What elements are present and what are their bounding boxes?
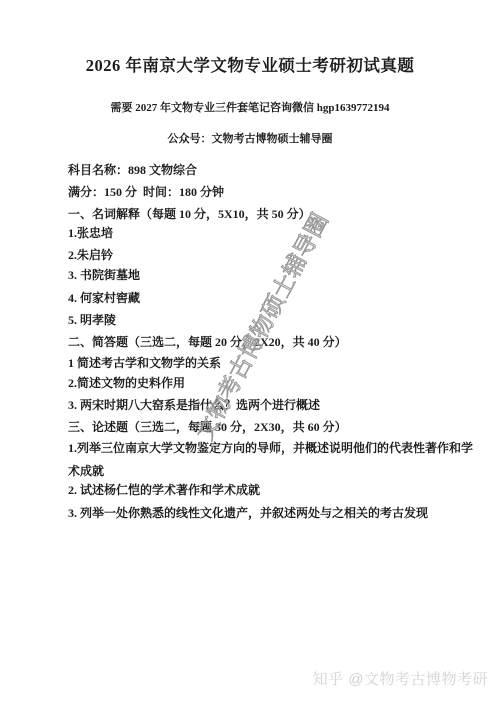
question-item: 1.张忠培 [68,226,113,240]
section-2-heading: 二、简答题（三选二，每题 20 分，2X20，共 40 分） [68,335,347,349]
question-item: 2. 试述杨仁恺的学术著作和学术成就 [68,483,260,497]
section-1-heading: 一、名词解释（每题 10 分，5X10，共 50 分） [68,207,311,221]
zhihu-watermark: 知乎 @文物考古博物考研 [313,668,488,689]
question-item: 1.列举三位南京大学文物鉴定方向的导师，并概述说明他们的代表性著作和学术成就 [68,437,480,483]
question-item: 5. 明孝陵 [68,313,116,327]
notes-contact-line: 需要 2027 年文物专业三件套笔记咨询微信 hgp1639772194 [0,101,500,115]
document-page: 2026 年南京大学文物专业硕士考研初试真题 需要 2027 年文物专业三件套笔… [0,0,500,702]
question-item: 2.朱启钤 [68,248,113,262]
subject-name-line: 科目名称：898 文物综合 [68,163,197,177]
question-item: 4. 何家村窖藏 [68,291,140,305]
question-item: 1 简述考古学和文物学的关系 [68,356,221,370]
wechat-account-line: 公众号：文物考古博物硕士辅导圈 [0,132,500,146]
exam-title: 2026 年南京大学文物专业硕士考研初试真题 [0,59,500,73]
question-item: 3. 书院街墓地 [68,268,140,282]
question-item: 3. 列举一处你熟悉的线性文化遗产，并叙述两处与之相关的考古发现 [68,506,428,520]
question-item: 3. 两宋时期八大窑系是指什么？选两个进行概述 [68,398,320,412]
question-item: 2.简述文物的史料作用 [68,376,185,390]
section-3-heading: 三、论述题（三选二，每题 30 分，2X30，共 60 分） [68,420,347,434]
score-time-line: 满分：150 分 时间：180 分钟 [68,185,224,199]
